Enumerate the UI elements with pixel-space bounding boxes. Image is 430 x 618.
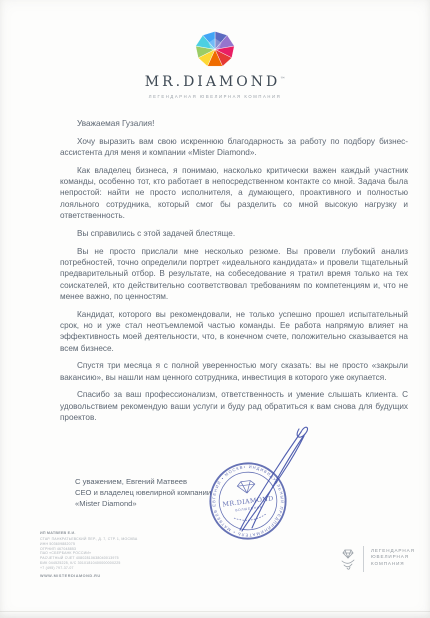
company-detail-line: ИП МАТВЕЕВ Е.И. — [40, 531, 190, 536]
letter-paragraph: Кандидат, которого вы рекомендовали, не … — [60, 309, 408, 354]
diamond-logo-icon — [194, 30, 236, 68]
letter-paragraph: Вы справились с этой задачей блестяще. — [60, 228, 408, 239]
letter-salutation: Уважаемая Гузалия! — [60, 118, 408, 129]
footer-emblem-icon — [338, 546, 358, 573]
brand-logo: MR.DIAMOND™ ЛЕГЕНДАРНАЯ ЮВЕЛИРНАЯ КОМПАН… — [0, 30, 430, 99]
footer-company-details: ИП МАТВЕЕВ Е.И.СТАР. ПАНКРАТЬЕВСКИЙ ПЕР.… — [40, 531, 190, 571]
letter-paragraph: Спустя три месяца я с полной уверенность… — [60, 360, 408, 383]
trademark-symbol: ™ — [280, 76, 285, 82]
letter-page: MR.DIAMOND™ ЛЕГЕНДАРНАЯ ЮВЕЛИРНАЯ КОМПАН… — [0, 0, 430, 618]
scan-edge-line — [0, 611, 430, 612]
brand-wordmark: MR.DIAMOND™ — [0, 74, 430, 90]
footer-website: WWW.MISTERDIAMOND.RU — [40, 574, 101, 578]
footer-divider — [363, 546, 364, 572]
letter-paragraph: Вы не просто прислали мне несколько резю… — [60, 246, 408, 302]
letter-paragraphs: Хочу выразить вам свою искреннюю благода… — [60, 136, 408, 424]
company-detail-line: +7 (495) 797-37-07 — [40, 566, 190, 571]
footer-tagline-line: ЮВЕЛИРНАЯ — [371, 554, 415, 560]
brand-tagline: ЛЕГЕНДАРНАЯ ЮВЕЛИРНАЯ КОМПАНИЯ — [0, 94, 430, 99]
letter-body: Уважаемая Гузалия! Хочу выразить вам сво… — [60, 118, 408, 430]
handwritten-signature-icon — [200, 400, 340, 540]
brand-wordmark-text: MR.DIAMOND — [145, 74, 280, 90]
letter-paragraph: Как владелец бизнеса, я понимаю, насколь… — [60, 165, 408, 221]
footer-tagline-line: КОМПАНИЯ — [371, 561, 415, 567]
footer-tagline: ЛЕГЕНДАРНАЯЮВЕЛИРНАЯКОМПАНИЯ — [371, 548, 415, 567]
letter-paragraph: Хочу выразить вам свою искреннюю благода… — [60, 136, 408, 159]
